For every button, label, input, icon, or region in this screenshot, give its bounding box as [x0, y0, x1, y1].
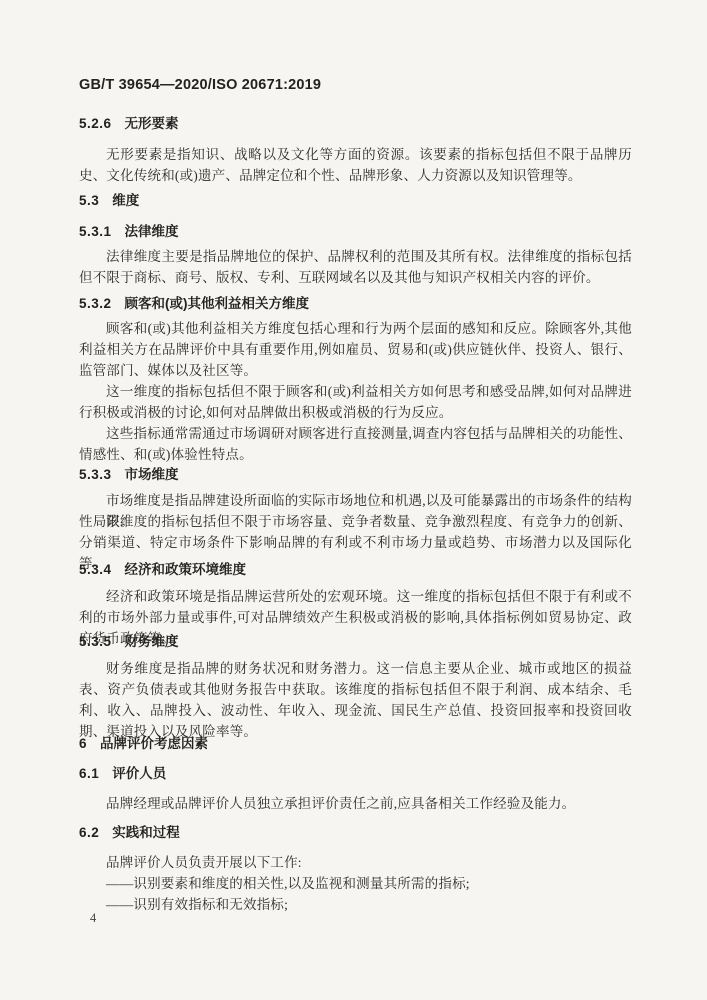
paragraph-6-1: 品牌经理或品牌评价人员独立承担评价责任之前,应具备相关工作经验及能力。: [79, 793, 632, 814]
section-title: 法律维度: [125, 223, 179, 240]
section-title: 无形要素: [125, 115, 179, 132]
list-item: ——识别有效指标和无效指标;: [79, 894, 632, 915]
section-number: 5.3: [79, 192, 99, 209]
section-heading-5-3-5: 5.3.5 财务维度: [79, 633, 632, 650]
section-title: 财务维度: [125, 633, 179, 650]
section-heading-5-3: 5.3 维度: [79, 192, 632, 209]
section-title: 经济和政策环境维度: [125, 561, 247, 578]
page-number: 4: [90, 911, 96, 926]
section-number: 6.1: [79, 765, 99, 782]
section-heading-5-3-1: 5.3.1 法律维度: [79, 223, 632, 240]
paragraph-5-3-2-3: 这些指标通常需通过市场调研对顾客进行直接测量,调查内容包括与品牌相关的功能性、情…: [79, 423, 632, 465]
section-number: 5.3.2: [79, 295, 112, 312]
paragraph-5-3-5: 财务维度是指品牌的财务状况和财务潜力。这一信息主要从企业、城市或地区的损益表、资…: [79, 658, 632, 742]
document-page: GB/T 39654—2020/ISO 20671:2019 5.2.6 无形要…: [0, 0, 707, 1000]
section-number: 5.3.1: [79, 223, 112, 240]
section-heading-6: 6 品牌评价考虑因素: [79, 735, 632, 752]
section-number: 5.2.6: [79, 115, 112, 132]
section-number: 6: [79, 735, 87, 752]
section-heading-5-3-2: 5.3.2 顾客和(或)其他利益相关方维度: [79, 295, 632, 312]
paragraph-5-3-2-1: 顾客和(或)其他利益相关方维度包括心理和行为两个层面的感知和反应。除顾客外,其他…: [79, 318, 632, 381]
paragraph-5-3-2-2: 这一维度的指标包括但不限于顾客和(或)利益相关方如何思考和感受品牌,如何对品牌进…: [79, 381, 632, 423]
section-heading-5-3-4: 5.3.4 经济和政策环境维度: [79, 561, 632, 578]
list-intro-6-2: 品牌评价人员负责开展以下工作:: [79, 852, 632, 873]
section-heading-6-1: 6.1 评价人员: [79, 765, 632, 782]
section-heading-5-2-6: 5.2.6 无形要素: [79, 115, 632, 132]
section-title: 顾客和(或)其他利益相关方维度: [125, 295, 310, 312]
section-title: 品牌评价考虑因素: [100, 735, 208, 752]
section-heading-5-3-3: 5.3.3 市场维度: [79, 466, 632, 483]
standard-number-header: GB/T 39654—2020/ISO 20671:2019: [79, 76, 632, 94]
section-number: 5.3.4: [79, 561, 112, 578]
section-number: 6.2: [79, 824, 99, 841]
section-title: 维度: [112, 192, 139, 209]
section-heading-6-2: 6.2 实践和过程: [79, 824, 632, 841]
section-number: 5.3.5: [79, 633, 112, 650]
list-item: ——识别要素和维度的相关性,以及监视和测量其所需的指标;: [79, 873, 632, 894]
paragraph-5-3-1: 法律维度主要是指品牌地位的保护、品牌权利的范围及其所有权。法律维度的指标包括但不…: [79, 246, 632, 288]
section-title: 评价人员: [112, 765, 166, 782]
section-title: 实践和过程: [112, 824, 180, 841]
paragraph-5-2-6: 无形要素是指知识、战略以及文化等方面的资源。该要素的指标包括但不限于品牌历史、文…: [79, 144, 632, 186]
section-title: 市场维度: [125, 466, 179, 483]
section-number: 5.3.3: [79, 466, 112, 483]
